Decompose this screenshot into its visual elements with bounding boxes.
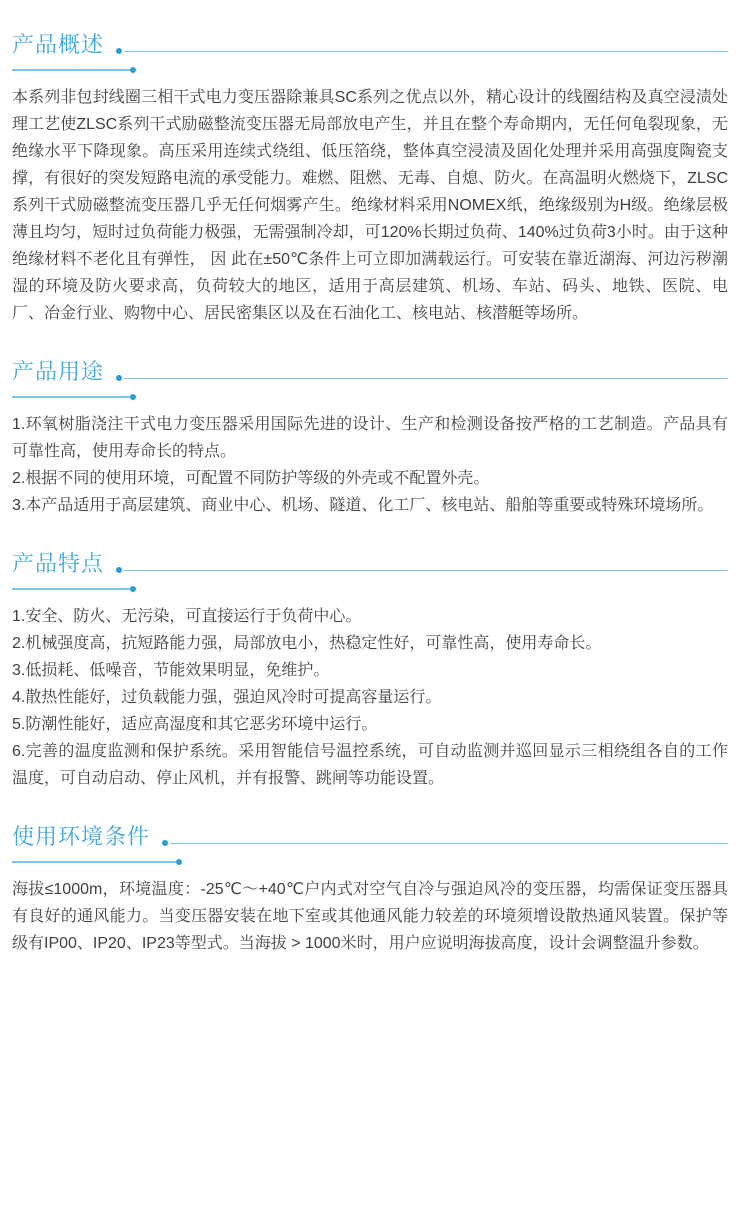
rule-dot	[130, 394, 136, 400]
paragraph: 2.根据不同的使用环境，可配置不同防护等级的外壳或不配置外壳。	[12, 465, 728, 492]
rule-line	[124, 51, 728, 52]
rule-dot	[130, 586, 136, 592]
header-short-rule	[12, 859, 182, 865]
section-title-environment: 使用环境条件	[12, 822, 150, 852]
section-body-usage: 1.环氧树脂浇注干式电力变压器采用国际先进的设计、生产和检测设备按严格的工艺制造…	[12, 411, 728, 519]
rule-dot	[116, 375, 122, 381]
paragraph: 3.低损耗、低噪音，节能效果明显，免维护。	[12, 657, 728, 684]
section-usage-environment: 使用环境条件 海拔≤1000m，环境温度：-25℃～+40℃户内式对空气自冷与强…	[12, 822, 728, 957]
header-long-rule	[162, 840, 728, 846]
section-product-usage: 产品用途 1.环氧树脂浇注干式电力变压器采用国际先进的设计、生产和检测设备按严格…	[12, 357, 728, 519]
rule-line	[124, 378, 728, 379]
header-short-rule	[12, 67, 136, 73]
section-product-overview: 产品概述 本系列非包封线圈三相干式电力变压器除兼具SC系列之优点以外，精心设计的…	[12, 30, 728, 327]
section-header: 产品用途	[12, 357, 728, 387]
rule-line	[12, 69, 130, 71]
section-header: 产品概述	[12, 30, 728, 60]
paragraph: 3.本产品适用于高层建筑、商业中心、机场、隧道、化工厂、核电站、船舶等重要或特殊…	[12, 492, 728, 519]
rule-dot	[116, 567, 122, 573]
section-title-overview: 产品概述	[12, 30, 104, 60]
header-short-rule	[12, 394, 136, 400]
section-body-overview: 本系列非包封线圈三相干式电力变压器除兼具SC系列之优点以外，精心设计的线圈结构及…	[12, 84, 728, 327]
rule-line	[12, 861, 176, 863]
section-header: 使用环境条件	[12, 822, 728, 852]
section-body-environment: 海拔≤1000m，环境温度：-25℃～+40℃户内式对空气自冷与强迫风冷的变压器…	[12, 876, 728, 957]
paragraph: 海拔≤1000m，环境温度：-25℃～+40℃户内式对空气自冷与强迫风冷的变压器…	[12, 876, 728, 957]
paragraph: 2.机械强度高，抗短路能力强，局部放电小，热稳定性好，可靠性高，使用寿命长。	[12, 630, 728, 657]
section-product-features: 产品特点 1.安全、防火、无污染，可直接运行于负荷中心。 2.机械强度高，抗短路…	[12, 549, 728, 792]
rule-line	[124, 570, 728, 571]
rule-dot	[116, 48, 122, 54]
paragraph: 本系列非包封线圈三相干式电力变压器除兼具SC系列之优点以外，精心设计的线圈结构及…	[12, 84, 728, 327]
header-long-rule	[116, 567, 728, 573]
paragraph: 6.完善的温度监测和保护系统。采用智能信号温控系统，可自动监测并巡回显示三相绕组…	[12, 738, 728, 792]
section-header: 产品特点	[12, 549, 728, 579]
rule-line	[12, 396, 130, 398]
section-title-usage: 产品用途	[12, 357, 104, 387]
rule-dot	[162, 840, 168, 846]
paragraph: 5.防潮性能好，适应高湿度和其它恶劣环境中运行。	[12, 711, 728, 738]
rule-dot	[130, 67, 136, 73]
rule-dot	[176, 859, 182, 865]
section-title-features: 产品特点	[12, 549, 104, 579]
paragraph: 1.环氧树脂浇注干式电力变压器采用国际先进的设计、生产和检测设备按严格的工艺制造…	[12, 411, 728, 465]
rule-line	[12, 588, 130, 590]
paragraph: 4.散热性能好，过负载能力强，强迫风冷时可提高容量运行。	[12, 684, 728, 711]
section-body-features: 1.安全、防火、无污染，可直接运行于负荷中心。 2.机械强度高，抗短路能力强，局…	[12, 603, 728, 792]
header-long-rule	[116, 375, 728, 381]
header-short-rule	[12, 586, 136, 592]
rule-line	[170, 843, 728, 844]
paragraph: 1.安全、防火、无污染，可直接运行于负荷中心。	[12, 603, 728, 630]
header-long-rule	[116, 48, 728, 54]
